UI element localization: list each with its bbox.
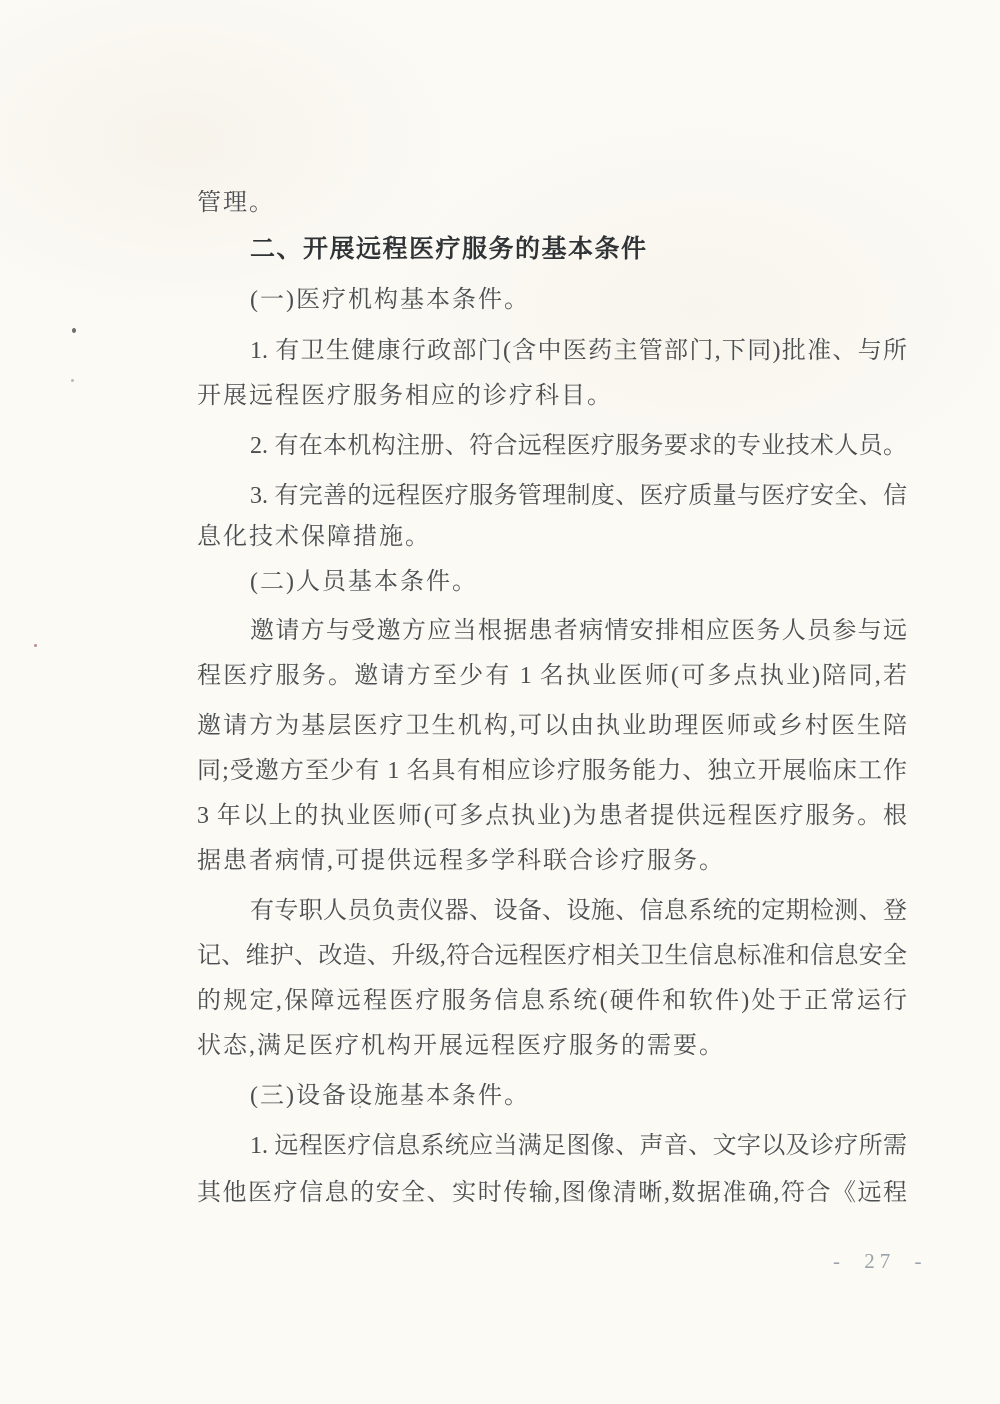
body-text-line: 据患者病情,可提供远程多学科联合诊疗服务。 xyxy=(197,846,725,878)
scan-speck xyxy=(71,379,74,382)
body-text-line: 3 年以上的执业医师(可多点执业)为患者提供远程医疗服务。根 xyxy=(197,801,907,833)
subsection-heading: (一)医疗机构基本条件。 xyxy=(250,285,530,317)
body-text-line: 状态,满足医疗机构开展远程医疗服务的需要。 xyxy=(197,1031,725,1063)
document-page: 管理。 二、开展远程医疗服务的基本条件 (一)医疗机构基本条件。 1. 有卫生健… xyxy=(0,0,1000,1404)
body-text-line: 程医疗服务。邀请方至少有 1 名执业医师(可多点执业)陪同,若 xyxy=(197,661,907,693)
body-text-line: 的规定,保障远程医疗服务信息系统(硬件和软件)处于正常运行 xyxy=(197,986,907,1018)
body-text-line: 息化技术保障措施。 xyxy=(197,522,431,554)
body-text-line: 2. 有在本机构注册、符合远程医疗服务要求的专业技术人员。 xyxy=(250,431,907,463)
scan-speck xyxy=(34,644,37,647)
scan-speck xyxy=(72,328,76,333)
body-text-line: 同;受邀方至少有 1 名具有相应诊疗服务能力、独立开展临床工作 xyxy=(197,756,907,788)
subsection-heading: (二)人员基本条件。 xyxy=(250,567,478,599)
subsection-heading: (三)设备设施基本条件。 xyxy=(250,1081,530,1113)
body-text-line: 管理。 xyxy=(197,188,275,220)
body-text-line: 有专职人员负责仪器、设备、设施、信息系统的定期检测、登 xyxy=(250,896,907,928)
body-text-line: 开展远程医疗服务相应的诊疗科目。 xyxy=(197,381,613,413)
body-text-line: 邀请方为基层医疗卫生机构,可以由执业助理医师或乡村医生陪 xyxy=(197,711,907,743)
body-text-line: 3. 有完善的远程医疗服务管理制度、医疗质量与医疗安全、信 xyxy=(250,481,907,513)
section-heading: 二、开展远程医疗服务的基本条件 xyxy=(250,234,648,266)
body-text-line: 1. 有卫生健康行政部门(含中医药主管部门,下同)批准、与所 xyxy=(250,336,907,368)
body-text-line: 其他医疗信息的安全、实时传输,图像清晰,数据准确,符合《远程 xyxy=(197,1178,907,1210)
page-number: - 27 - xyxy=(833,1249,927,1274)
body-text-line: 记、维护、改造、升级,符合远程医疗相关卫生信息标准和信息安全 xyxy=(197,941,907,973)
body-text-line: 邀请方与受邀方应当根据患者病情安排相应医务人员参与远 xyxy=(250,616,907,648)
body-text-line: 1. 远程医疗信息系统应当满足图像、声音、文字以及诊疗所需 xyxy=(250,1131,907,1163)
scan-speck xyxy=(359,1106,361,1108)
